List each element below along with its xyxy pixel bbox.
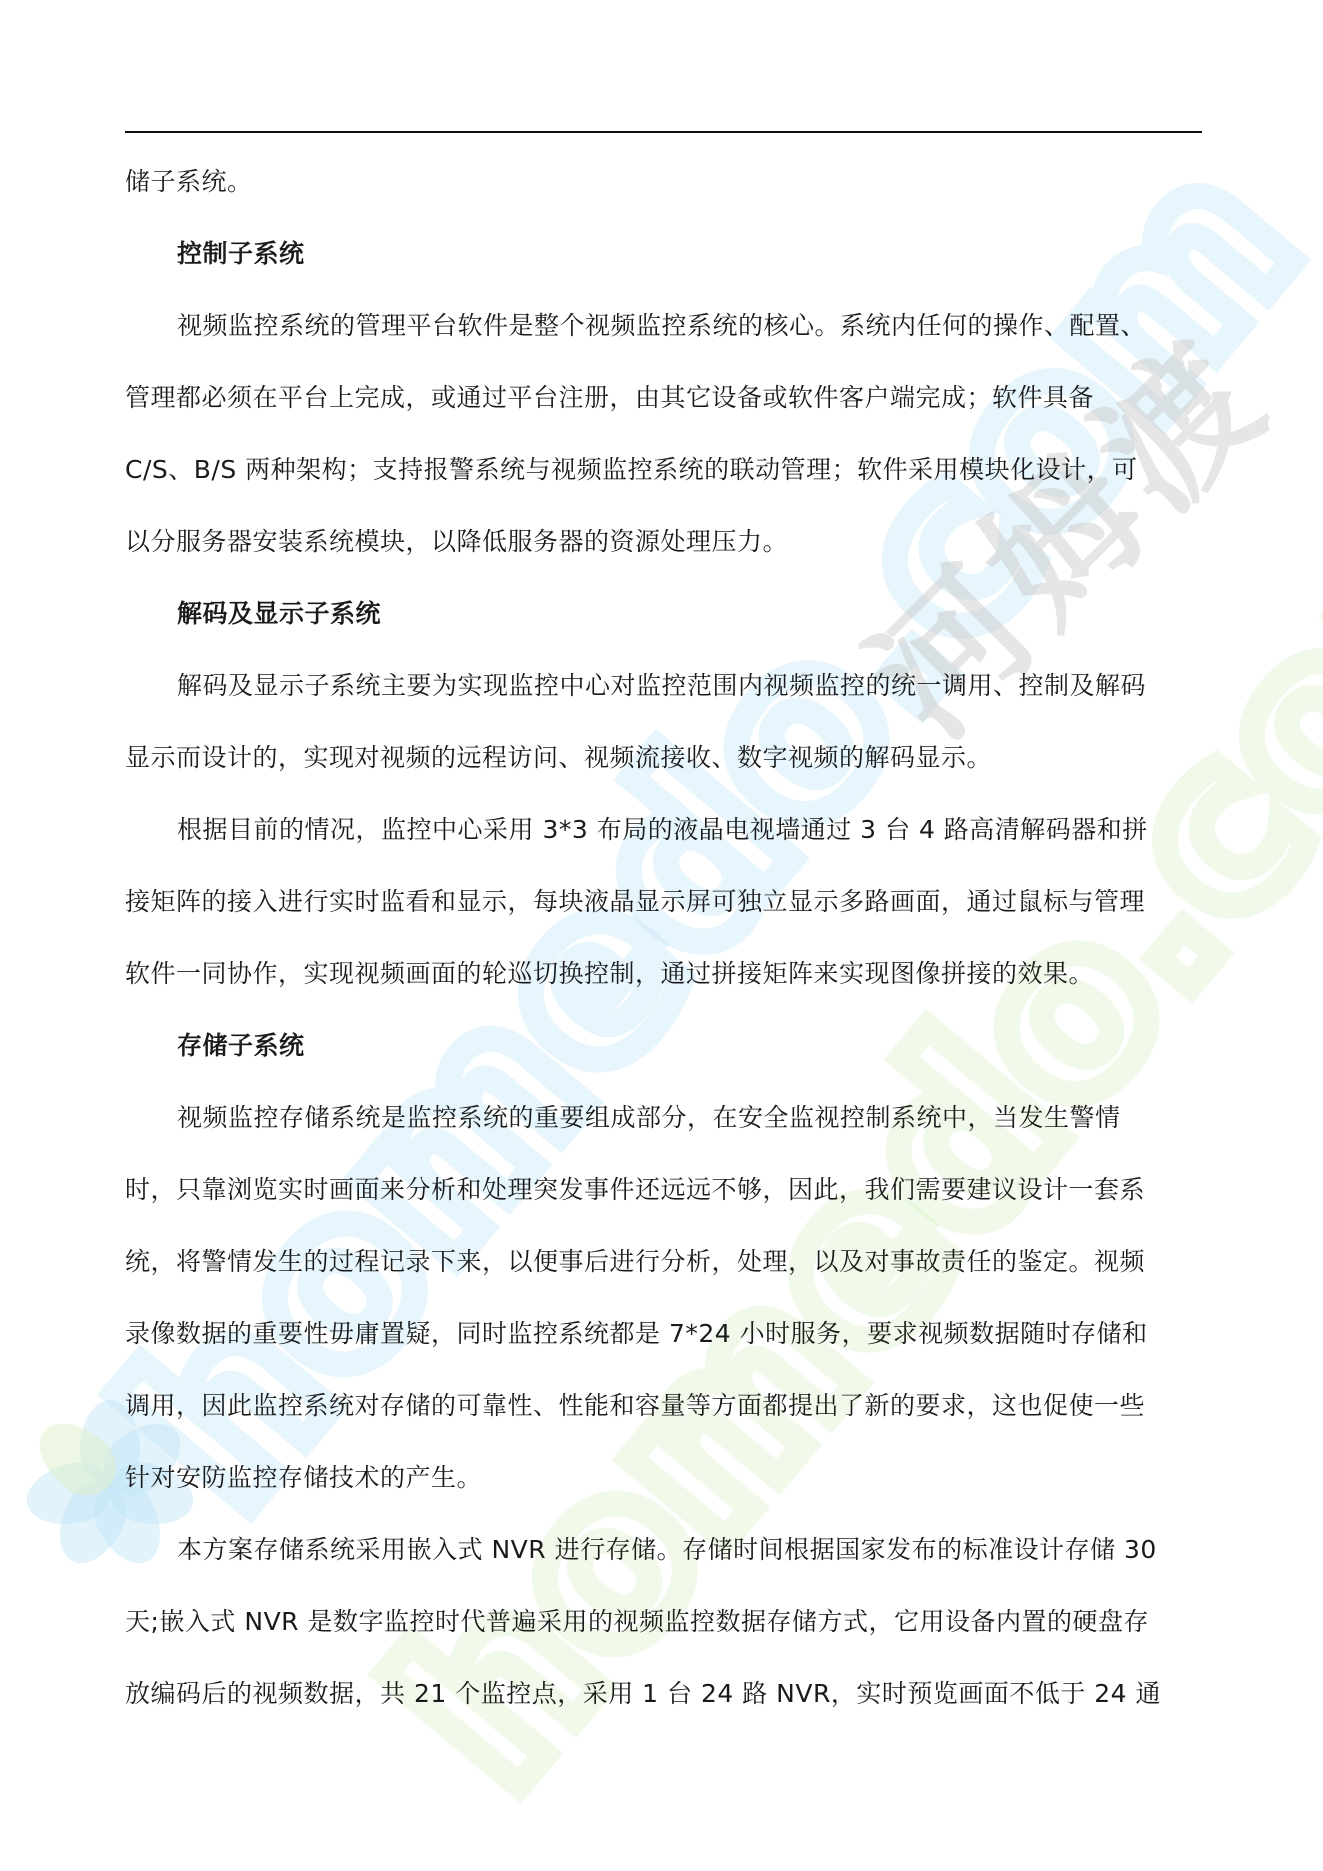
header-rule: [125, 131, 1202, 133]
paragraph: 视频监控系统的管理平台软件是整个视频监控系统的核心。系统内任何的操作、配置、管理…: [125, 290, 1205, 578]
text-line: 天;嵌入式 NVR 是数字监控时代普遍采用的视频监控数据存储方式，它用设备内置的…: [125, 1586, 1205, 1658]
text-line: 录像数据的重要性毋庸置疑，同时监控系统都是 7*24 小时服务，要求视频数据随时…: [125, 1298, 1205, 1370]
document-page: 储子系统。控制子系统视频监控系统的管理平台软件是整个视频监控系统的核心。系统内任…: [0, 0, 1323, 1871]
paragraph: 根据目前的情况，监控中心采用 3*3 布局的液晶电视墙通过 3 台 4 路高清解…: [125, 794, 1205, 1010]
section-heading: 控制子系统: [125, 218, 1205, 290]
text-line: 本方案存储系统采用嵌入式 NVR 进行存储。存储时间根据国家发布的标准设计存储 …: [125, 1514, 1205, 1586]
paragraph: 本方案存储系统采用嵌入式 NVR 进行存储。存储时间根据国家发布的标准设计存储 …: [125, 1514, 1205, 1730]
text-line: 管理都必须在平台上完成，或通过平台注册，由其它设备或软件客户端完成；软件具备: [125, 362, 1205, 434]
paragraph: 解码及显示子系统主要为实现监控中心对监控范围内视频监控的统一调用、控制及解码显示…: [125, 650, 1205, 794]
text-line: 接矩阵的接入进行实时监看和显示，每块液晶显示屏可独立显示多路画面，通过鼠标与管理: [125, 866, 1205, 938]
text-line: 软件一同协作，实现视频画面的轮巡切换控制，通过拼接矩阵来实现图像拼接的效果。: [125, 938, 1205, 1010]
section-heading: 存储子系统: [125, 1010, 1205, 1082]
text-line: 统，将警情发生的过程记录下来，以便事后进行分析，处理，以及对事故责任的鉴定。视频: [125, 1226, 1205, 1298]
text-line: 视频监控系统的管理平台软件是整个视频监控系统的核心。系统内任何的操作、配置、: [125, 290, 1205, 362]
section-heading: 解码及显示子系统: [125, 578, 1205, 650]
document-body: 储子系统。控制子系统视频监控系统的管理平台软件是整个视频监控系统的核心。系统内任…: [125, 146, 1205, 1730]
text-line: 时，只靠浏览实时画面来分析和处理突发事件还远远不够，因此，我们需要建议设计一套系: [125, 1154, 1205, 1226]
text-fragment: 储子系统。: [125, 146, 1205, 218]
paragraph: 视频监控存储系统是监控系统的重要组成部分，在安全监视控制系统中，当发生警情时，只…: [125, 1082, 1205, 1514]
text-line: 根据目前的情况，监控中心采用 3*3 布局的液晶电视墙通过 3 台 4 路高清解…: [125, 794, 1205, 866]
text-line: 显示而设计的，实现对视频的远程访问、视频流接收、数字视频的解码显示。: [125, 722, 1205, 794]
text-line: 视频监控存储系统是监控系统的重要组成部分，在安全监视控制系统中，当发生警情: [125, 1082, 1205, 1154]
text-line: 调用，因此监控系统对存储的可靠性、性能和容量等方面都提出了新的要求，这也促使一些: [125, 1370, 1205, 1442]
text-line: 解码及显示子系统主要为实现监控中心对监控范围内视频监控的统一调用、控制及解码: [125, 650, 1205, 722]
text-line: 以分服务器安装系统模块，以降低服务器的资源处理压力。: [125, 506, 1205, 578]
text-line: 储子系统。: [125, 146, 1205, 218]
text-line: 针对安防监控存储技术的产生。: [125, 1442, 1205, 1514]
text-line: 放编码后的视频数据，共 21 个监控点，采用 1 台 24 路 NVR，实时预览…: [125, 1658, 1205, 1730]
text-line: C/S、B/S 两种架构；支持报警系统与视频监控系统的联动管理；软件采用模块化设…: [125, 434, 1205, 506]
